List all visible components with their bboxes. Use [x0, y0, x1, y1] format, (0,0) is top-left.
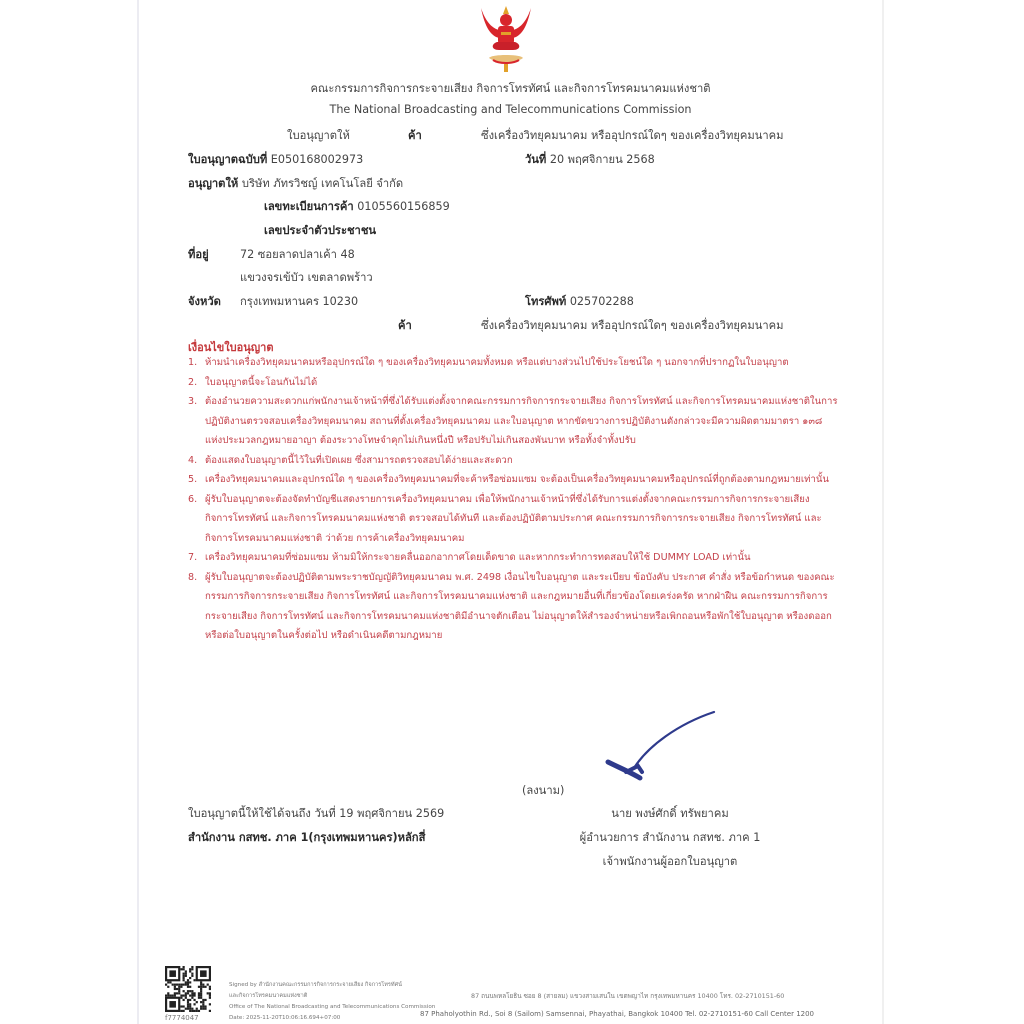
condition-item: 8.ผู้รับใบอนุญาตจะต้องปฏิบัติตามพระราชบั…	[188, 568, 838, 646]
citizen-id-label: เลขประจำตัวประชาชน	[264, 224, 376, 237]
condition-number: 3.	[188, 392, 197, 412]
condition-item: 3.ต้องอำนวยความสะดวกแก่พนักงานเจ้าหน้าที…	[188, 392, 838, 451]
address-line1: 72 ซอยลาดปลาเค้า 48	[240, 245, 355, 263]
org-name-th: คณะกรรมการกิจการกระจายเสียง กิจการโทรทัศ…	[137, 79, 884, 97]
grantee-row: อนุญาตให้ บริษัท ภัทรวิชญ์ เทคโนโลยี จำก…	[188, 174, 403, 192]
citizen-id-row: เลขประจำตัวประชาชน	[264, 221, 376, 239]
footer-address-th: 87 ถนนพหลโยธิน ซอย 8 (สายลม) แขวงสามเสนใ…	[471, 991, 784, 1001]
footer-address-en: 87 Phaholyothin Rd., Soi 8 (Sailom) Sams…	[420, 1010, 814, 1018]
condition-text: ต้องอำนวยความสะดวกแก่พนักงานเจ้าหน้าที่ซ…	[205, 396, 838, 446]
license-number-label: ใบอนุญาตฉบับที่	[188, 153, 267, 166]
license-description-2: ซึ่งเครื่องวิทยุคมนาคม หรืออุปกรณ์ใดๆ ขอ…	[481, 316, 784, 334]
license-number-row: ใบอนุญาตฉบับที่ E050168002973	[188, 150, 363, 168]
qr-code-id: f7774047	[165, 1014, 199, 1022]
conditions-list: 1.ห้ามนำเครื่องวิทยุคมนาคมหรืออุปกรณ์ใด …	[188, 353, 838, 646]
garuda-emblem-icon	[477, 2, 535, 74]
province-label: จังหวัด	[188, 292, 221, 310]
condition-number: 7.	[188, 548, 197, 568]
license-number: E050168002973	[271, 153, 363, 166]
address-line2: แขวงจรเข้บัว เขตลาดพร้าว	[240, 268, 373, 286]
signature-date: Date: 2025-11-20T10:06:16.694+07:00	[229, 1015, 340, 1021]
issuing-office: สำนักงาน กสทช. ภาค 1(กรุงเทพมหานคร)หลักส…	[188, 828, 425, 846]
signer-role: เจ้าพนักงานผู้ออกใบอนุญาต	[520, 852, 820, 870]
condition-text: เครื่องวิทยุคมนาคมและอุปกรณ์ใด ๆ ของเครื…	[205, 474, 829, 485]
condition-item: 7.เครื่องวิทยุคมนาคมที่ซ่อมแซม ห้ามมิให้…	[188, 548, 838, 568]
condition-number: 1.	[188, 353, 197, 373]
phone-row: โทรศัพท์ 025702288	[525, 292, 634, 310]
condition-number: 6.	[188, 490, 197, 510]
license-activity: ค้า	[408, 126, 422, 144]
org-name-en: The National Broadcasting and Telecommun…	[137, 103, 884, 116]
license-activity-2: ค้า	[398, 316, 412, 334]
phone-label: โทรศัพท์	[525, 295, 566, 308]
condition-text: ใบอนุญาตนี้จะโอนกันไม่ได้	[205, 377, 317, 388]
license-date-row: วันที่ 20 พฤศจิกายน 2568	[525, 150, 655, 168]
signed-by: Signed by สำนักงานคณะกรรมการกิจการกระจาย…	[229, 981, 402, 989]
grantee-label: อนุญาตให้	[188, 177, 238, 190]
condition-text: เครื่องวิทยุคมนาคมที่ซ่อมแซม ห้ามมิให้กร…	[205, 552, 751, 563]
valid-until: ใบอนุญาตนี้ให้ใช้ได้จนถึง วันที่ 19 พฤศจ…	[188, 804, 444, 822]
signer-name: นาย พงษ์ศักดิ์ ทรัพยาคม	[520, 804, 820, 822]
condition-text: ผู้รับใบอนุญาตจะต้องปฏิบัติตามพระราชบัญญ…	[205, 572, 835, 642]
condition-item: 4.ต้องแสดงใบอนุญาตนี้ไว้ในที่เปิดเผย ซึ่…	[188, 451, 838, 471]
province: กรุงเทพมหานคร 10230	[240, 292, 358, 310]
signature-mark	[598, 706, 722, 786]
license-description: ซึ่งเครื่องวิทยุคมนาคม หรืออุปกรณ์ใดๆ ขอ…	[481, 126, 784, 144]
condition-item: 6.ผู้รับใบอนุญาตจะต้องจัดทำบัญชีแสดงรายก…	[188, 490, 838, 549]
condition-item: 2.ใบอนุญาตนี้จะโอนกันไม่ได้	[188, 373, 838, 393]
trade-reg-label: เลขทะเบียนการค้า	[264, 200, 354, 213]
phone-number: 025702288	[570, 295, 634, 308]
sign-label: (ลงนาม)	[522, 781, 564, 799]
condition-item: 5.เครื่องวิทยุคมนาคมและอุปกรณ์ใด ๆ ของเค…	[188, 470, 838, 490]
condition-text: ห้ามนำเครื่องวิทยุคมนาคมหรืออุปกรณ์ใด ๆ …	[205, 357, 789, 368]
license-date-label: วันที่	[525, 153, 546, 166]
signed-by-2: และกิจการโทรคมนาคมแห่งชาติ	[229, 992, 307, 1000]
signer-title: ผู้อำนวยการ สำนักงาน กสทช. ภาค 1	[520, 828, 820, 846]
condition-item: 1.ห้ามนำเครื่องวิทยุคมนาคมหรืออุปกรณ์ใด …	[188, 353, 838, 373]
condition-text: ผู้รับใบอนุญาตจะต้องจัดทำบัญชีแสดงรายการ…	[205, 494, 822, 544]
qr-code[interactable]	[165, 966, 211, 1012]
condition-number: 4.	[188, 451, 197, 471]
condition-number: 2.	[188, 373, 197, 393]
address-label: ที่อยู่	[188, 245, 209, 263]
condition-text: ต้องแสดงใบอนุญาตนี้ไว้ในที่เปิดเผย ซึ่งส…	[205, 455, 513, 466]
license-type-label: ใบอนุญาตให้	[287, 126, 350, 144]
license-date: 20 พฤศจิกายน 2568	[550, 153, 655, 166]
signer-office-en: Office of The National Broadcasting and …	[229, 1004, 435, 1010]
condition-number: 8.	[188, 568, 197, 588]
condition-number: 5.	[188, 470, 197, 490]
trade-reg-number: 0105560156859	[357, 200, 450, 213]
trade-reg-row: เลขทะเบียนการค้า 0105560156859	[264, 197, 450, 215]
grantee-name: บริษัท ภัทรวิชญ์ เทคโนโลยี จำกัด	[242, 177, 403, 190]
